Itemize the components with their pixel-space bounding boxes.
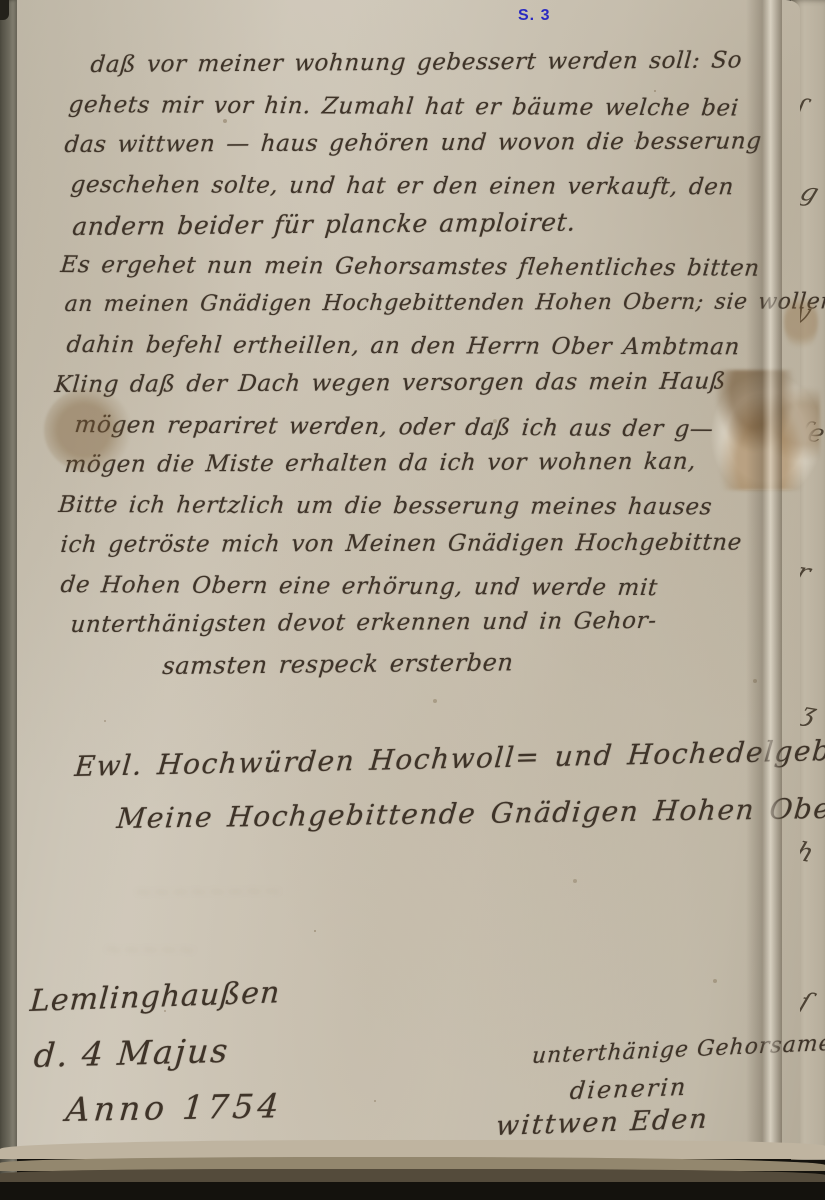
letter-line: unterthänigsten devot erkennen und in Ge… xyxy=(68,607,801,652)
year-line: Anno 1754 xyxy=(64,1086,284,1129)
ink-water-stain xyxy=(44,388,132,472)
letter-line: mögen die Miste erhalten da ich vor wohn… xyxy=(62,448,801,492)
closing-line: Meine Hochgebittende Gnädigen Hohen Ober… xyxy=(114,792,797,854)
manuscript-scan: ʃ g y ſe r ʒ h ſ S. 3 daß vor meiner woh… xyxy=(0,0,825,1200)
manuscript-page: S. 3 daß vor meiner wohnung gebessert we… xyxy=(14,0,800,1152)
letter-line: Bitte ich hertzlich um die besserung mei… xyxy=(56,492,802,535)
closing-line: Ewl. Hochwürden Hochwoll= und Hochedelge… xyxy=(72,735,796,802)
page-fold-crease xyxy=(746,0,782,1150)
page-number-stamp: S. 3 xyxy=(518,7,550,25)
letter-line: daß vor meiner wohnung gebessert werden … xyxy=(88,47,801,92)
table-shadow-edge xyxy=(0,1182,825,1200)
edge-stain xyxy=(784,292,818,352)
letter-line: andern beider für plancke amploiret. xyxy=(70,206,801,252)
next-page-ink-fragment: ʒ xyxy=(797,699,820,726)
letter-body: daß vor meiner wohnung gebessert werden … xyxy=(60,52,800,692)
place-line: Lemlinghaußen xyxy=(29,975,282,1019)
binding-edge xyxy=(0,0,17,1200)
date-line: d. 4 Majus xyxy=(32,1031,230,1075)
signature-line: dienerin xyxy=(569,1068,823,1105)
letter-line: Kling daß der Dach wegen versorgen das m… xyxy=(52,368,801,412)
binding-corner-mark xyxy=(0,0,9,20)
letter-line: an meinen Gnädigen Hochgebittenden Hohen… xyxy=(62,289,801,332)
letter-line: samsten respeck ersterben xyxy=(160,645,801,692)
verso-bleed-through: ~~~~~ xyxy=(104,938,196,964)
verso-bleed-through: ~~~~~~~~ xyxy=(134,879,282,905)
letter-line: ich getröste mich von Meinen Gnädigen Ho… xyxy=(58,529,801,572)
letter-line: das wittwen — haus gehören und wovon die… xyxy=(62,128,801,172)
closing-address: Ewl. Hochwürden Hochwoll= und Hochedelge… xyxy=(74,750,794,854)
